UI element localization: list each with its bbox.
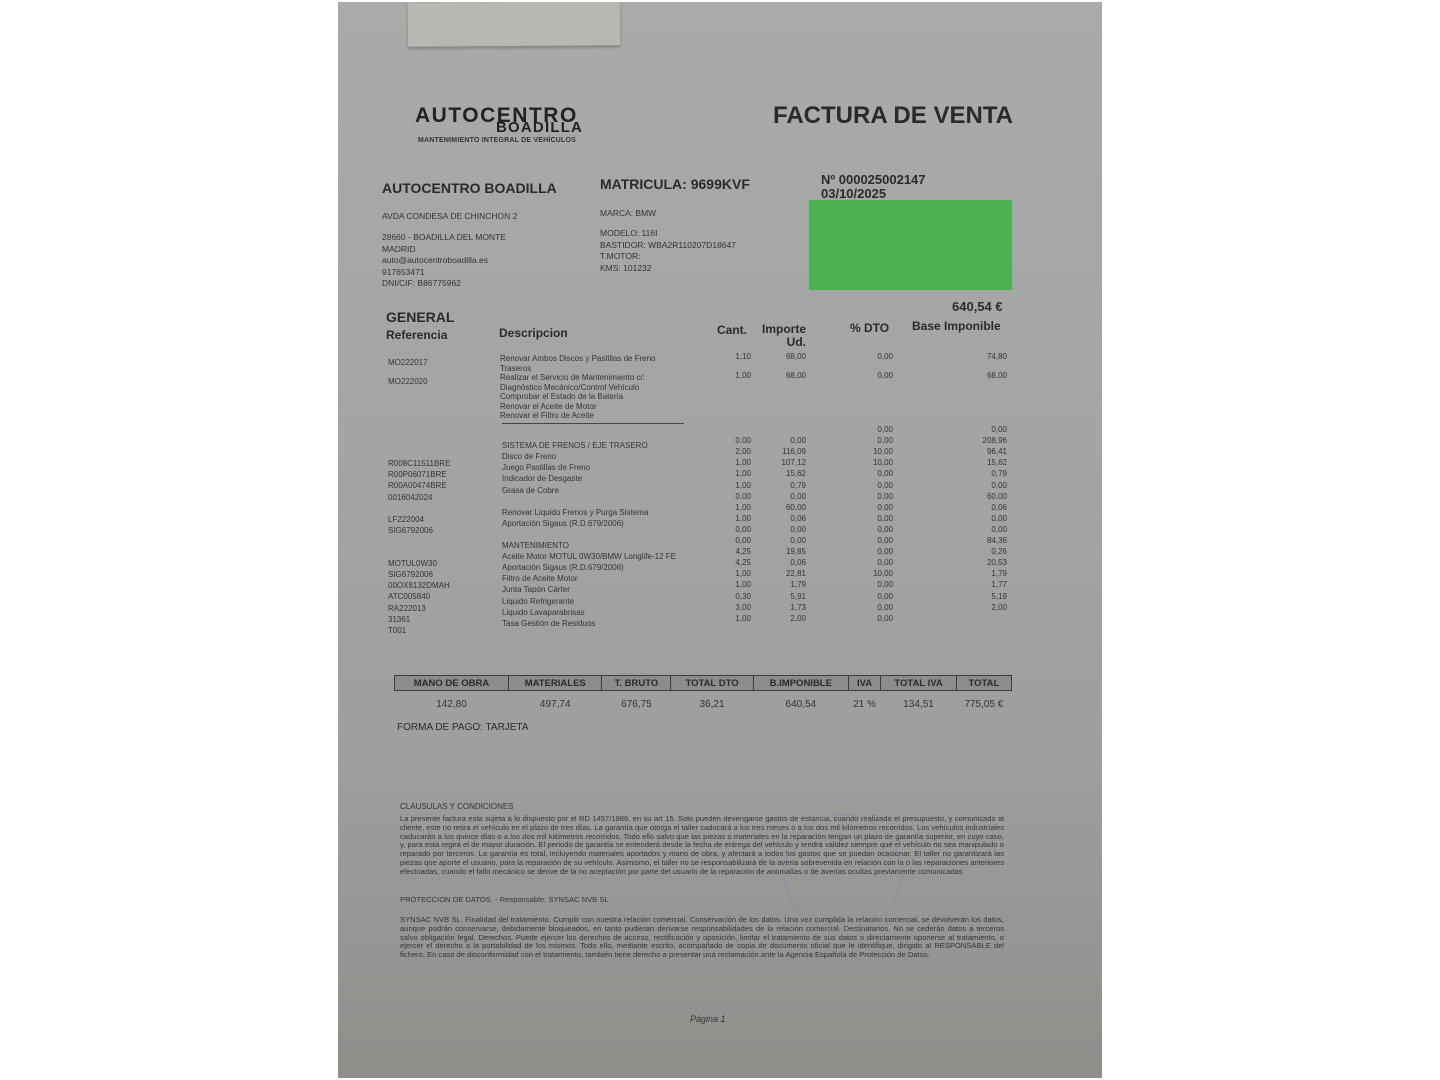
header-dto: % DTO (850, 322, 889, 335)
cell-base: 96,41 (958, 447, 1007, 456)
totals-header-4: B.IMPONIBLE (753, 676, 848, 691)
cell-base: 20,53 (958, 558, 1007, 567)
cell-base: 0,06 (958, 503, 1007, 512)
totals-header-6: TOTAL IVA (881, 676, 957, 691)
labour-row: MO2220171,1068,000,0074,80Renovar Ambos … (338, 352, 1102, 364)
invoice-number: Nº 000025002147 (821, 173, 926, 187)
cell-dto: 0,00 (848, 503, 893, 512)
vehicle-brand: MARCA: BMW (600, 208, 656, 220)
page-number: Página 1 (690, 1014, 726, 1024)
cell-qty: 1,00 (713, 614, 751, 623)
cell-price: 107,12 (758, 458, 806, 467)
cell-base: 2,00 (958, 603, 1007, 612)
totals-value-5: 21 % (848, 691, 880, 711)
cell-price: 2,00 (758, 614, 806, 623)
cell-qty: 1,10 (713, 352, 751, 361)
totals-value-3: 36,21 (671, 691, 753, 711)
section-general: GENERAL (386, 309, 454, 325)
cell-dto: 0,00 (848, 614, 893, 623)
cell-qty: 1,00 (713, 580, 751, 589)
totals-value-4: 640,54 (753, 691, 848, 711)
cell-dto: 0,00 (848, 547, 893, 556)
totals-value-6: 134,51 (881, 691, 957, 711)
cell-price: 0,06 (758, 558, 806, 567)
cell-price: 0,00 (758, 436, 806, 445)
cell-qty: 0,30 (713, 592, 751, 601)
invoice-date: 03/10/2025 (821, 187, 926, 201)
totals-header-7: TOTAL (956, 676, 1011, 691)
totals-value-7: 775,05 € (956, 691, 1011, 711)
totals-value-0: 142,80 (395, 691, 509, 711)
totals-value-2: 676,75 (602, 691, 671, 711)
cell-qty: 3,00 (713, 603, 751, 612)
issuer-city: 28660 - BOADILLA DEL MONTE (382, 232, 506, 244)
cell-dto: 0,00 (848, 558, 893, 567)
cell-price: 15,62 (758, 469, 806, 478)
issuer-province: MADRID (382, 244, 506, 256)
cell-dto: 0,00 (848, 592, 893, 601)
cell-dto: 0,00 (848, 525, 893, 534)
cell-base: 0,00 (958, 481, 1007, 490)
totals-header-2: T. BRUTO (602, 676, 671, 691)
cell-price: 116,09 (758, 447, 806, 456)
cell-price: 1,73 (758, 603, 806, 612)
totals-value-1: 497,74 (508, 691, 602, 711)
issuer-name: AUTOCENTRO BOADILLA (382, 180, 557, 196)
cell-price: 0,06 (758, 514, 806, 523)
cell-price: 0,00 (758, 536, 806, 545)
cell-dto: 0,00 (848, 603, 893, 612)
cell-qty: 1,00 (713, 481, 751, 490)
cell-base: 5,19 (958, 592, 1007, 601)
cell-base: 1,77 (958, 580, 1007, 589)
cell-base: 0,00 (958, 514, 1007, 523)
cell-dto: 0,00 (848, 481, 893, 490)
cell-price: 1,79 (758, 580, 806, 589)
cell-qty: 1,00 (713, 458, 751, 467)
totals-header-0: MANO DE OBRA (395, 676, 509, 691)
cell-base: 84,36 (958, 536, 1007, 545)
cell-price: 68,00 (758, 352, 806, 361)
data-protection-title: PROTECCION DE DATOS. - Responsable: SYNS… (400, 896, 1004, 905)
invoice-meta: Nº 000025002147 03/10/2025 (821, 173, 926, 201)
issuer-cif: DNI/CIF: B86775962 (382, 278, 506, 290)
cell-price: 5,91 (758, 592, 806, 601)
document-title: FACTURA DE VENTA (773, 102, 1013, 130)
cell-base: 208,96 (958, 436, 1007, 445)
cell-qty: 1,00 (713, 514, 751, 523)
vehicle-engine: T.MOTOR: (600, 251, 736, 263)
cell-dto: 10,00 (848, 569, 893, 578)
cell-qty: 1,00 (713, 469, 751, 478)
cell-qty: 0,00 (713, 536, 751, 545)
cell-qty: 0,00 (713, 492, 751, 501)
cell-ref: MO222020 (388, 377, 428, 386)
cell-desc: Realizar el Servicio de Mantenimiento c/… (500, 373, 645, 421)
header-base: Base Imponible (912, 320, 1001, 333)
cell-dto: 0,00 (848, 469, 893, 478)
issuer-contact: 28660 - BOADILLA DEL MONTE MADRID auto@a… (382, 232, 506, 290)
cell-base: 0,00 (958, 425, 1007, 434)
logo-subname: BOADILLA (496, 119, 583, 136)
cell-dto: 0,00 (848, 436, 893, 445)
cell-ref: T001 (388, 626, 406, 635)
data-protection-text: SYNSAC NVB SL. Finalidad del tratamiento… (400, 916, 1004, 960)
totals-header-1: MATERIALES (508, 676, 602, 691)
header-desc: Descripcion (499, 327, 568, 340)
header-qty: Cant. (717, 324, 747, 337)
vehicle-chassis: BASTIDOR: WBA2R110207D18647 (600, 240, 736, 252)
payment-method: FORMA DE PAGO: TARJETA (397, 722, 529, 733)
cell-base: 68,00 (958, 371, 1007, 380)
issuer-address: AVDA CONDESA DE CHINCHON 2 (382, 211, 517, 223)
cell-qty: 1,00 (713, 371, 751, 380)
cell-qty: 1,00 (713, 569, 751, 578)
cell-base: 1,79 (958, 569, 1007, 578)
header-price: Importe Ud. (759, 323, 806, 349)
cell-qty: 4,25 (713, 547, 751, 556)
cell-qty: 1,00 (713, 503, 751, 512)
cell-base: 0,79 (958, 469, 1007, 478)
cell-price: 0,00 (758, 492, 806, 501)
cell-base: 74,80 (958, 352, 1007, 361)
issuer-phone: 917653471 (382, 267, 506, 279)
cell-price: 0,79 (758, 481, 806, 490)
base-total-header: 640,54 € (952, 299, 1003, 314)
cell-dto: 0,00 (848, 352, 893, 361)
cell-base: 0,26 (958, 547, 1007, 556)
issuer-email: auto@autocentroboadilla.es (382, 255, 506, 267)
cell-dto: 0,00 (848, 580, 893, 589)
redacted-customer-block (809, 200, 1012, 290)
vehicle-kms: KMS: 101232 (600, 263, 736, 275)
cell-qty: 0,00 (713, 436, 751, 445)
cell-dto: 0,00 (848, 371, 893, 380)
cell-price: 0,00 (758, 525, 806, 534)
cell-qty: 0,00 (713, 525, 751, 534)
labour-row: MO2220201,0068,000,0068,00Realizar el Se… (338, 371, 1102, 383)
cell-ref: MO222017 (388, 358, 428, 367)
vehicle-model: MODELO: 116I (600, 228, 736, 240)
cell-qty: 2,00 (713, 447, 751, 456)
cell-dto: 0,00 (848, 425, 893, 434)
totals-header-5: IVA (848, 676, 880, 691)
cell-desc: Tasa Gestión de Residuos (502, 619, 595, 628)
conditions-text: La presente factura esta sujeta a lo dis… (400, 815, 1004, 877)
cell-price: 22,81 (758, 569, 806, 578)
invoice-page: AUTOCENTRO BOADILLA MANTENIMIENTO INTEGR… (338, 2, 1102, 1078)
cell-dto: 10,00 (848, 447, 893, 456)
conditions-title: CLAUSULAS Y CONDICIONES (400, 802, 514, 811)
table-row: 1,002,000,00T001Tasa Gestión de Residuos (338, 614, 1102, 626)
company-stamp (783, 814, 903, 932)
vehicle-details: MODELO: 116I BASTIDOR: WBA2R110207D18647… (600, 228, 736, 274)
cell-base: 0,00 (958, 525, 1007, 534)
header-ref: Referencia (386, 329, 447, 342)
logo-tagline: MANTENIMIENTO INTEGRAL DE VEHÍCULOS (418, 137, 576, 144)
cell-price: 60,00 (758, 503, 806, 512)
cell-price: 68,00 (758, 371, 806, 380)
cell-dto: 0,00 (848, 536, 893, 545)
cell-qty: 4,25 (713, 558, 751, 567)
cell-dto: 10,00 (848, 458, 893, 467)
cell-dto: 0,00 (848, 492, 893, 501)
totals-header-3: TOTAL DTO (671, 676, 753, 691)
cell-price: 19,85 (758, 547, 806, 556)
totals-table: MANO DE OBRAMATERIALEST. BRUTOTOTAL DTOB… (394, 675, 1012, 710)
cell-base: 15,62 (958, 458, 1007, 467)
divider-line (502, 423, 684, 424)
cell-dto: 0,00 (848, 514, 893, 523)
cell-base: 60,00 (958, 492, 1007, 501)
vehicle-plate: MATRICULA: 9699KVF (600, 176, 750, 192)
sticky-note (408, 2, 620, 47)
